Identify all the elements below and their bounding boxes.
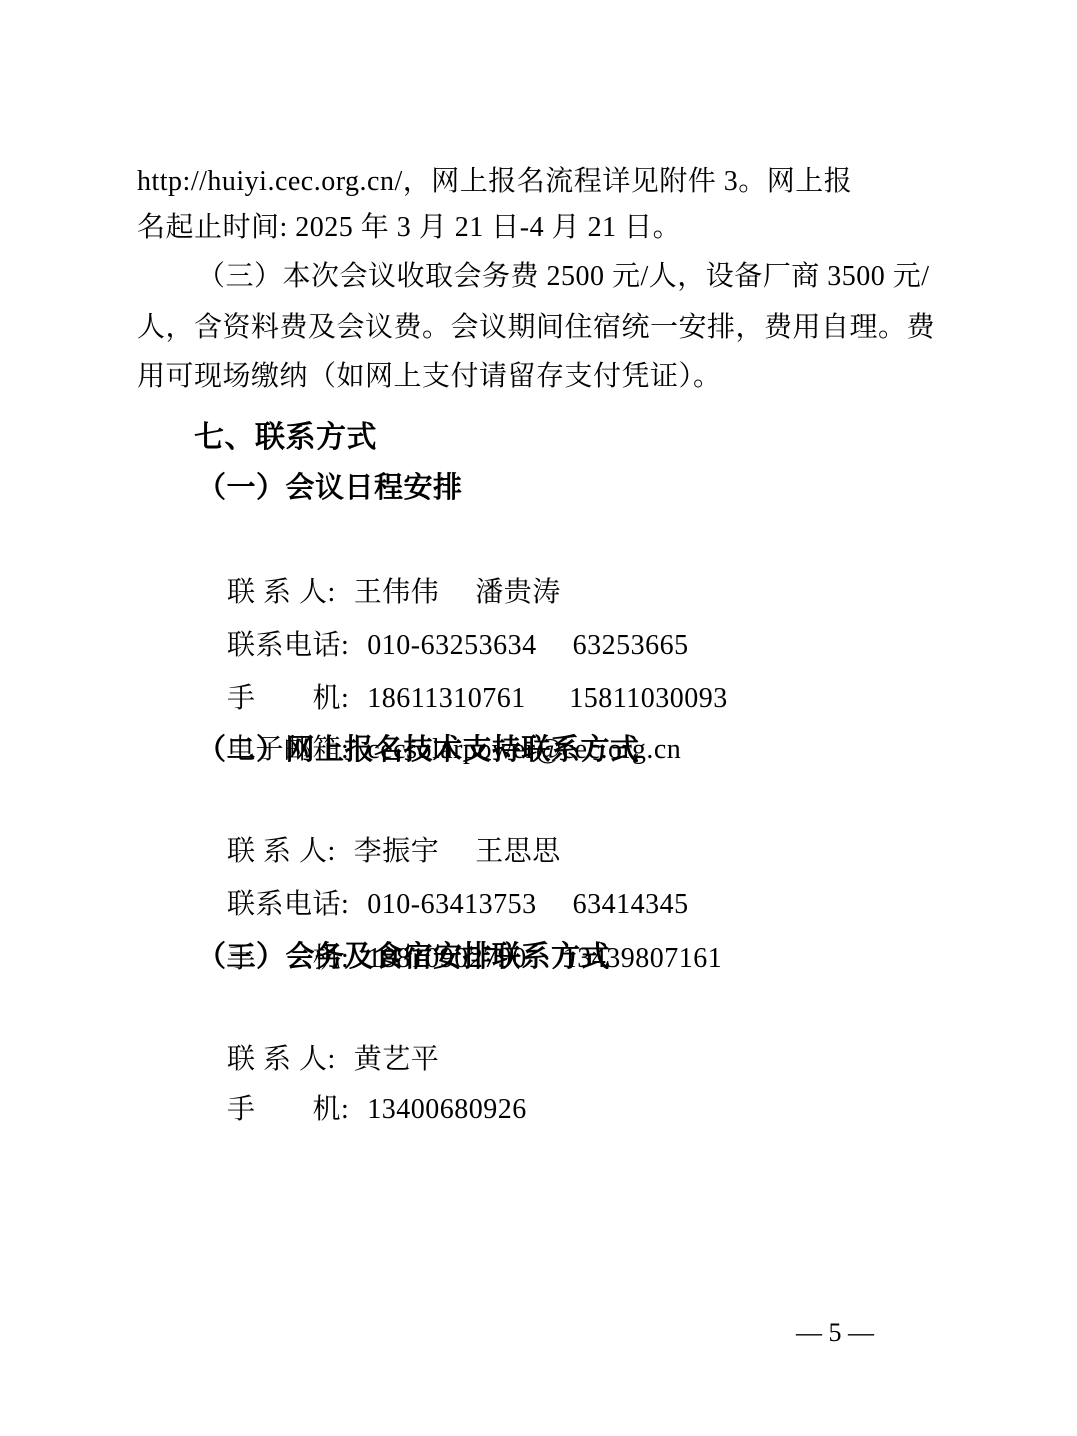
page-number: — 5 — [796, 1312, 874, 1354]
contact-group-1-heading: （一）会议日程安排 [197, 462, 463, 514]
contact-label: 手 机: [227, 1094, 349, 1125]
contact-group-2-heading: （二）网上报名技术支持联系方式 [197, 724, 640, 776]
contact-group-3-heading: （三）会务及食宿安排联系方式 [197, 931, 610, 983]
contact-group-2-person-line: 联 系 人:李振宇 王思思 [197, 774, 561, 826]
contact-group-2-mobile-line: 手 机:18810902790 13439807161 [197, 881, 722, 933]
paragraph-fees-line-1: （三）本次会议收取会务费 2500 元/人，设备厂商 3500 元/ [197, 251, 930, 303]
contact-group-3-mobile-line: 手 机:13400680926 [197, 1032, 527, 1084]
paragraph-registration-line-2: 名起止时间: 2025 年 3 月 21 日-4 月 21 日。 [137, 202, 681, 254]
contact-group-1-mobile-line: 手 机:18611310761 15811030093 [197, 621, 728, 673]
contact-group-3-person-line: 联 系 人:黄艺平 [197, 982, 439, 1034]
document-page: http://huiyi.cec.org.cn/，网上报名流程详见附件 3。网上… [0, 0, 1077, 1436]
paragraph-fees-line-2: 人，含资料费及会议费。会议期间住宿统一安排，费用自理。费 [137, 302, 935, 354]
paragraph-registration-line-1: http://huiyi.cec.org.cn/，网上报名流程详见附件 3。网上… [137, 156, 852, 208]
contact-section-heading: 七、联系方式 [194, 412, 377, 464]
contact-value: 13400680926 [367, 1094, 527, 1125]
contact-group-1-phone-line: 联系电话:010-63253634 63253665 [197, 568, 689, 620]
contact-group-1-email-line: 电子邮箱:cecsolarpower@cec.org.cn [197, 672, 681, 724]
contact-group-1-person-line: 联 系 人:王伟伟 潘贵涛 [197, 515, 561, 567]
paragraph-fees-line-3: 用可现场缴纳（如网上支付请留存支付凭证）。 [137, 351, 722, 403]
contact-group-2-phone-line: 联系电话:010-63413753 63414345 [197, 827, 689, 879]
